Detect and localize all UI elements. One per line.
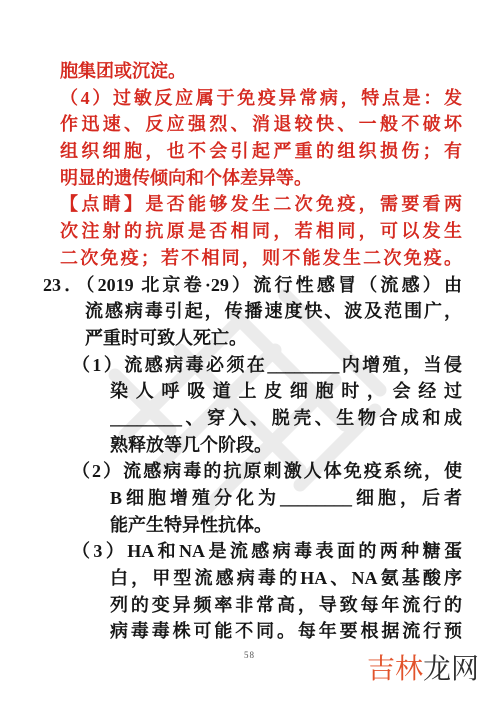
document-page: 胞集团或沉淀。（4）过敏反应属于免疫异常病，特点是：发作迅速、反应强烈、消退较快… xyxy=(0,0,499,706)
text-line: （3）HA和NA是流感病毒表面的两种糖蛋 xyxy=(72,538,462,565)
text-line: B细胞增殖分化为________细胞，后者 xyxy=(110,485,462,512)
text-line: 23．（2019 北京卷·29）流行性感冒（流感）由 xyxy=(43,272,462,299)
text-line: 严重时可致人死亡。 xyxy=(85,325,462,352)
text-line: ________、穿入、脱壳、生物合成和成 xyxy=(110,405,462,432)
text-line: （1）流感病毒必须在________内增殖，当侵 xyxy=(72,352,462,379)
text-line: （4）过敏反应属于免疫异常病，特点是：发 xyxy=(60,85,462,112)
text-line: 组织细胞，也不会引起严重的组织损伤；有 xyxy=(60,138,462,165)
text-line: 能产生特异性抗体。 xyxy=(110,512,462,539)
text-line: 次注射的抗原是否相同，若相同，可以发生 xyxy=(60,218,462,245)
text-line: 病毒毒株可能不同。每年要根据流行预 xyxy=(110,618,462,645)
text-line: 流感病毒引起，传播速度快、波及范围广， xyxy=(85,298,462,325)
text-line: 胞集团或沉淀。 xyxy=(60,58,462,85)
document-body: 胞集团或沉淀。（4）过敏反应属于免疫异常病，特点是：发作迅速、反应强烈、消退较快… xyxy=(0,58,499,645)
text-line: 白，甲型流感病毒的HA、NA氨基酸序 xyxy=(110,565,462,592)
text-line: 明显的遗传倾向和个体差异等。 xyxy=(60,165,462,192)
text-line: 二次免疫；若不相同，则不能发生二次免疫。 xyxy=(60,245,462,272)
text-line: 熟释放等几个阶段。 xyxy=(110,432,462,459)
site-watermark-second: 龙网 xyxy=(423,653,479,684)
text-line: （2）流感病毒的抗原刺激人体免疫系统，使 xyxy=(72,458,462,485)
site-watermark-first: 吉林 xyxy=(367,653,423,684)
text-line: 作迅速、反应强烈、消退较快、一般不破坏 xyxy=(60,111,462,138)
text-line: 【点睛】是否能够发生二次免疫，需要看两 xyxy=(60,191,462,218)
text-line: 染人呼吸道上皮细胞时，会经过 xyxy=(110,378,462,405)
site-watermark: 吉林龙网 xyxy=(367,653,479,685)
text-line: 列的变异频率非常高，导致每年流行的 xyxy=(110,592,462,619)
